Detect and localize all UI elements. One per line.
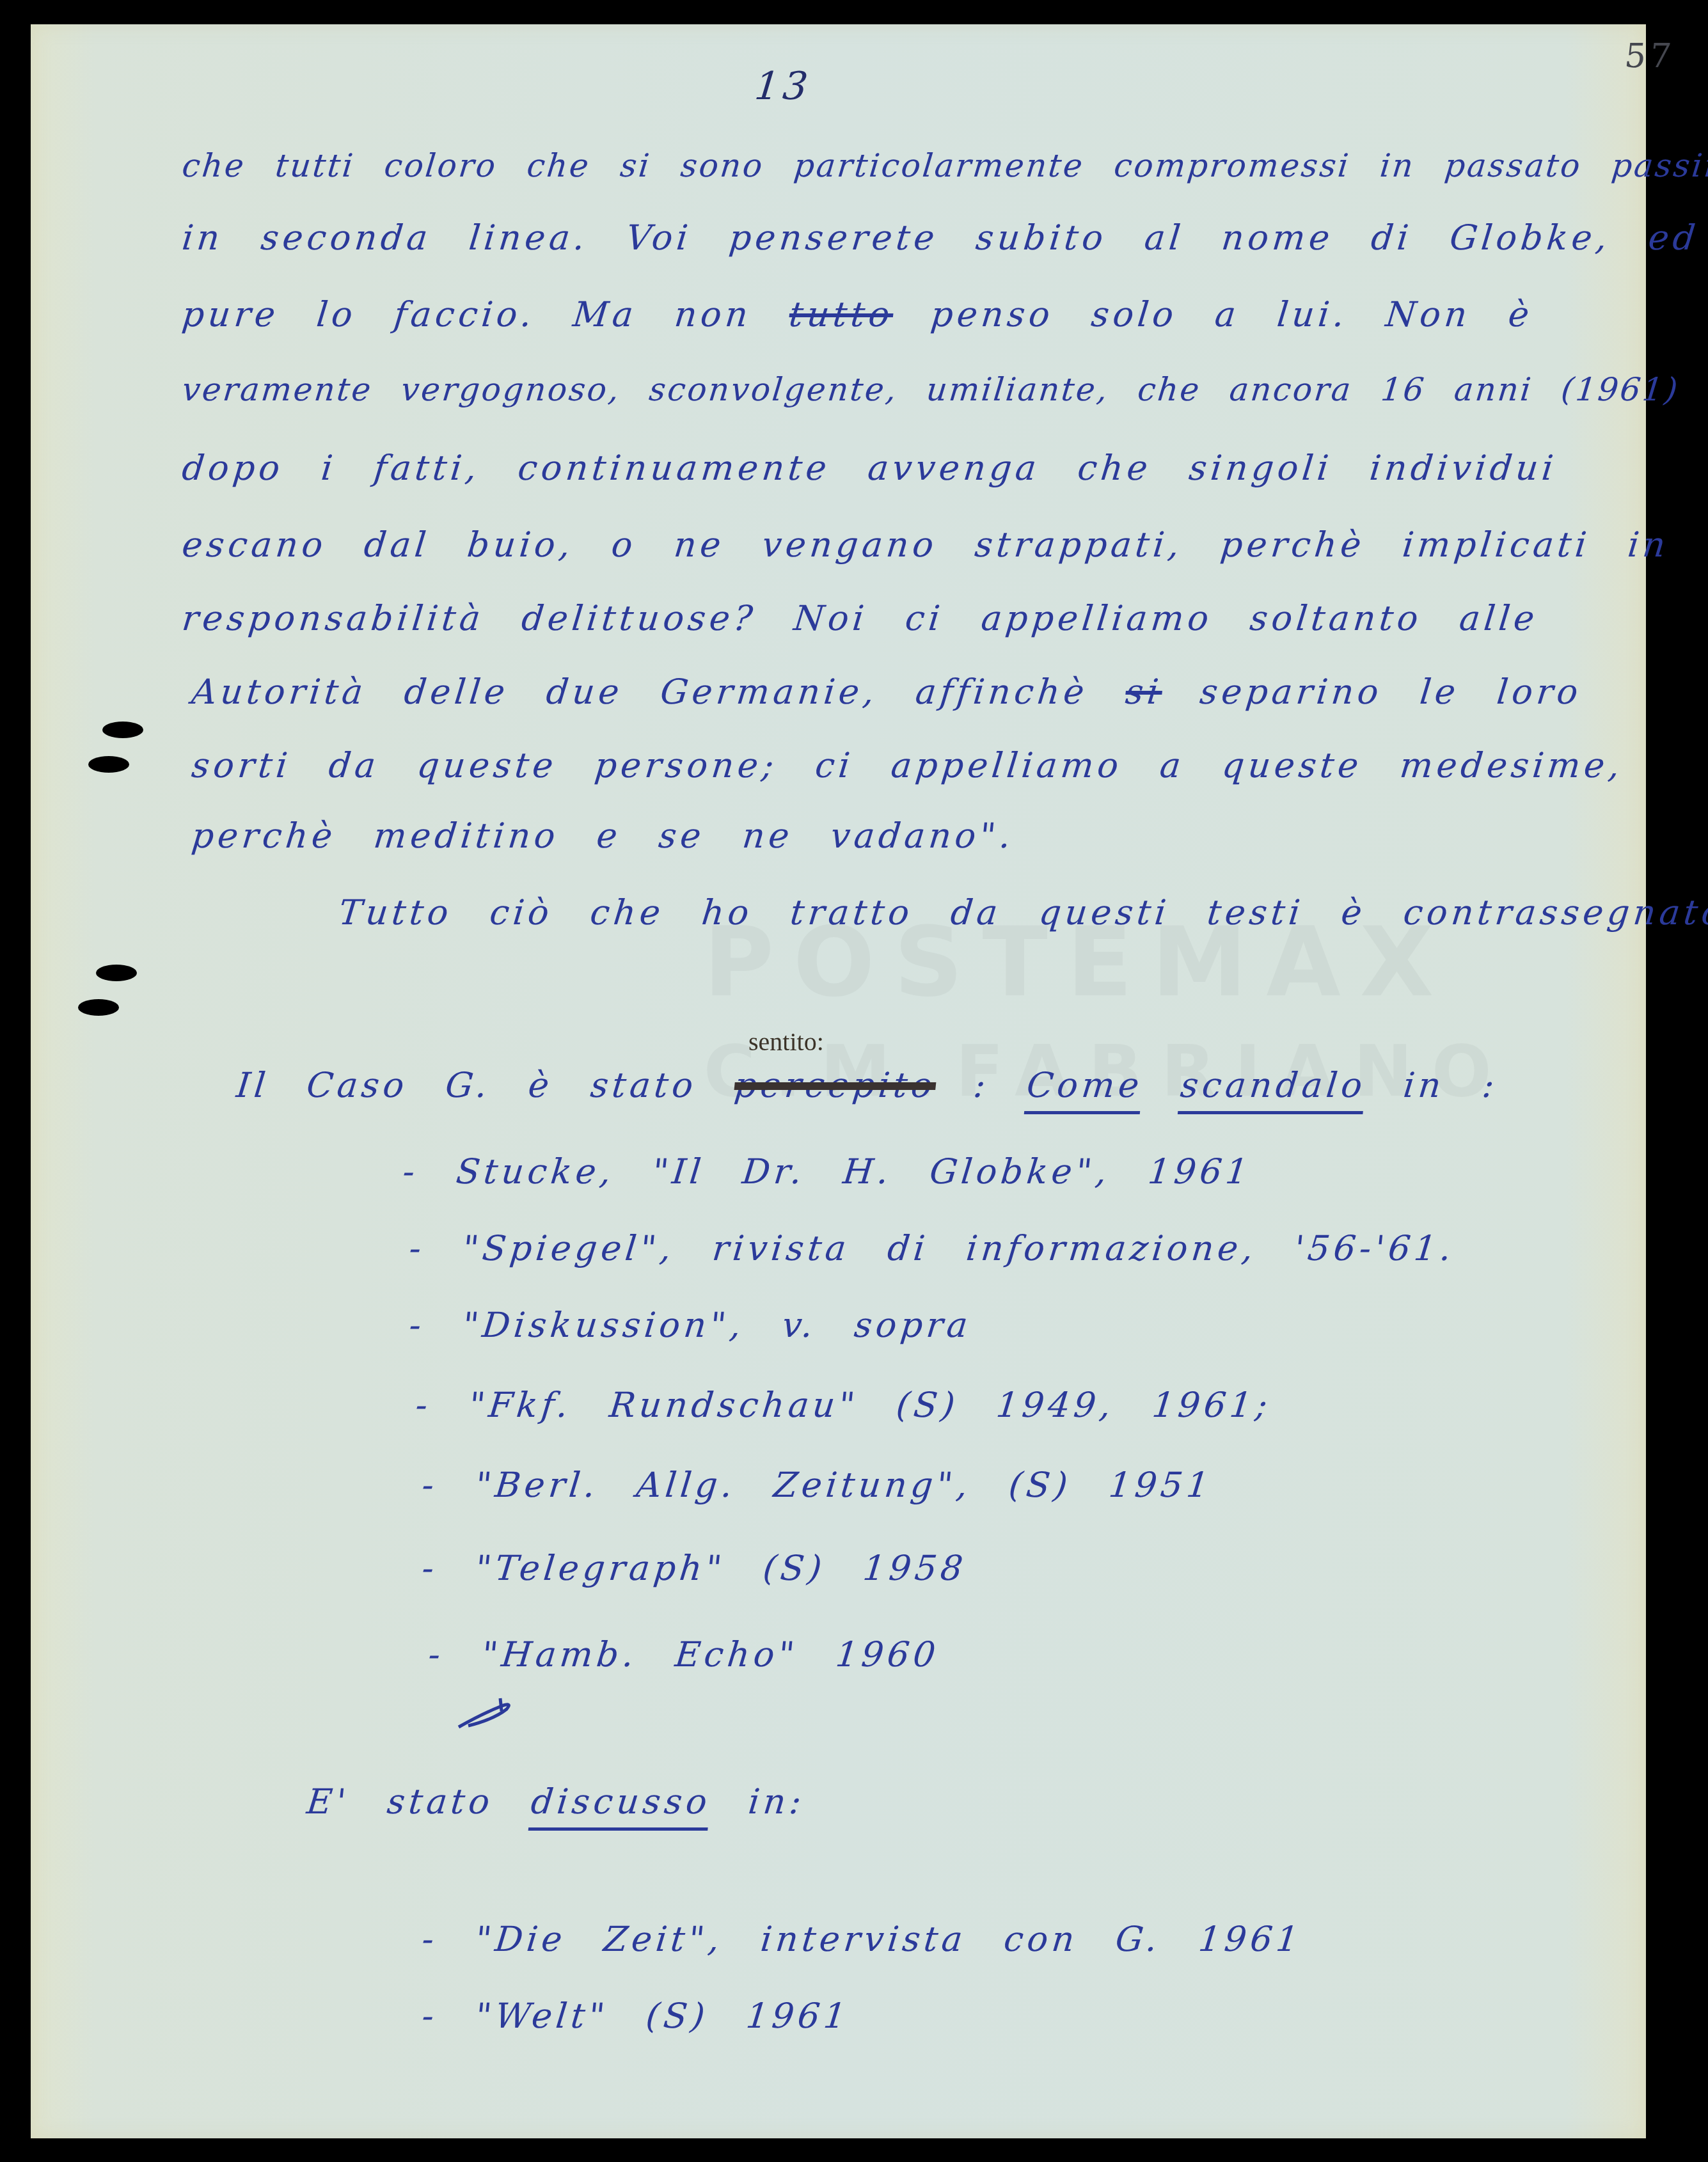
struck-word: tutto	[787, 294, 896, 335]
list-item: - "Spiegel", rivista di informazione, '5…	[407, 1228, 1457, 1268]
text-segment: Il Caso G. è stato	[235, 1065, 699, 1105]
punch-hole	[78, 999, 119, 1016]
text-line: escano dal buio, o ne vengano strappati,…	[180, 525, 1672, 565]
text-segment: :	[972, 1065, 992, 1105]
text-line: perchè meditino e se ne vadano".	[190, 816, 1016, 856]
list-item: - "Telegraph" (S) 1958	[420, 1548, 969, 1588]
text-segment: in :	[1402, 1065, 1500, 1105]
section-heading: E' stato discusso in:	[305, 1781, 807, 1822]
text-line: pure lo faccio. Ma non tutto penso solo …	[180, 294, 1535, 335]
struck-word: si	[1123, 672, 1164, 712]
list-item: - "Diskussion", v. sopra	[407, 1305, 974, 1345]
list-item: - "Berl. Allg. Zeitung", (S) 1951	[420, 1465, 1215, 1505]
text-segment: pure lo faccio. Ma non	[180, 294, 754, 335]
punch-hole	[88, 756, 129, 773]
list-item: - "Fkf. Rundschau" (S) 1949, 1961;	[414, 1385, 1274, 1425]
folio-number: 57	[1623, 37, 1677, 75]
underlined-word: Come	[1025, 1065, 1145, 1105]
text-segment: E' stato	[305, 1781, 496, 1822]
inserted-word: sentito:	[748, 1027, 824, 1057]
text-segment: separino le loro	[1198, 672, 1584, 712]
text-line: Autorità delle due Germanie, affinchè si…	[190, 672, 1584, 712]
text-line: in seconda linea. Voi penserete subito a…	[180, 217, 1708, 258]
text-line: responsabilità delittuose? Noi ci appell…	[180, 598, 1540, 638]
page-number: 13	[752, 64, 814, 109]
scribble-mark	[455, 1695, 532, 1733]
text-segment: Autorità delle due Germanie, affinchè	[190, 672, 1090, 712]
text-line: Tutto ciò che ho tratto da questi testi …	[337, 892, 1708, 933]
list-item: - "Die Zeit", intervista con G. 1961	[420, 1919, 1304, 1959]
text-line: veramente vergognoso, sconvolgente, umil…	[180, 371, 1681, 408]
punch-hole	[96, 965, 137, 981]
text-segment: Tutto ciò che ho tratto da questi testi …	[337, 892, 1708, 933]
text-segment: in:	[747, 1781, 807, 1822]
underlined-word: discusso	[529, 1781, 713, 1822]
list-item: - "Hamb. Echo" 1960	[427, 1634, 942, 1675]
text-segment: penso solo a lui. Non è	[929, 294, 1535, 335]
list-item: - "Welt" (S) 1961	[420, 1996, 852, 2036]
text-line: sorti da queste persone; ci appelliamo a…	[190, 745, 1625, 785]
underlined-word: scandalo	[1178, 1065, 1368, 1105]
list-item: - Stucke, "Il Dr. H. Globke", 1961	[401, 1151, 1254, 1192]
section-heading: Il Caso G. è stato percepito : Come scan…	[235, 1065, 1500, 1105]
struck-word: percepito	[732, 1065, 938, 1105]
text-line: dopo i fatti, continuamente avvenga che …	[180, 448, 1559, 488]
text-line: che tutti coloro che si sono particolarm…	[180, 147, 1708, 184]
punch-hole	[102, 722, 143, 738]
